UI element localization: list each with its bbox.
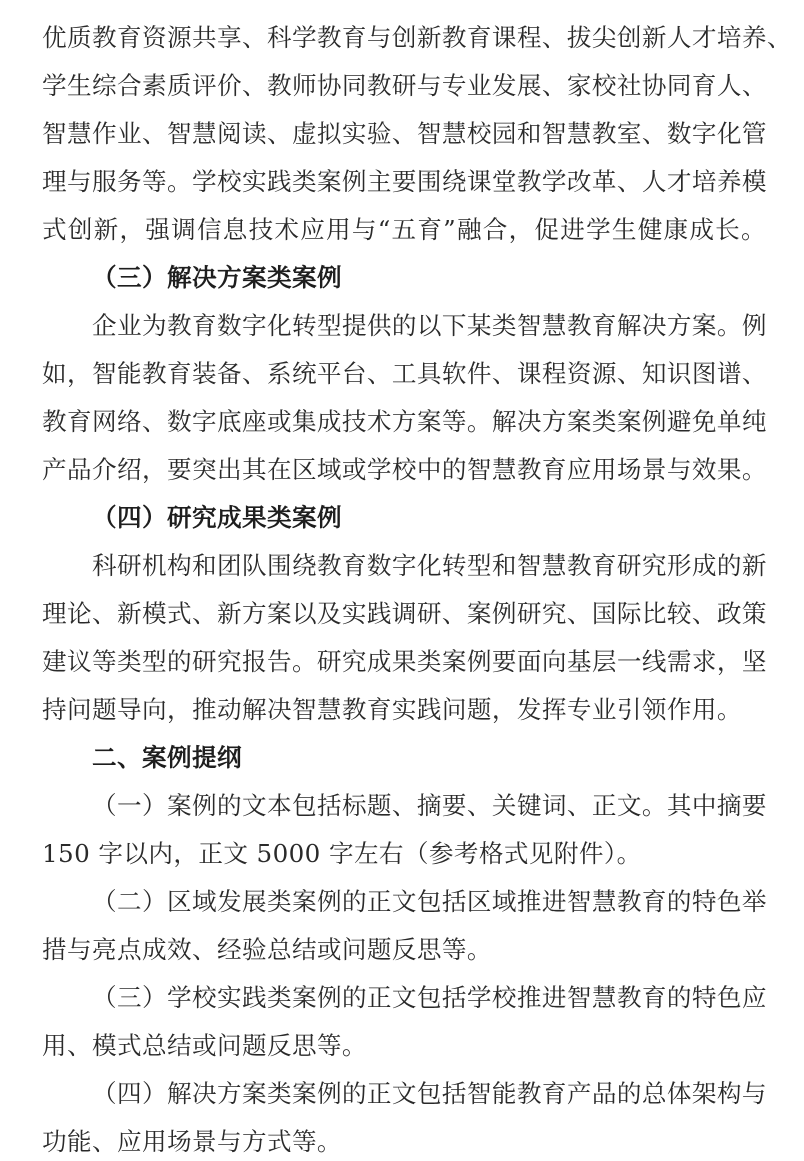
body-text-line: 建议等类型的研究报告。研究成果类案例要面向基层一线需求，坚 <box>42 638 766 686</box>
body-text-line: 教育网络、数字底座或集成技术方案等。解决方案类案例避免单纯 <box>42 398 766 446</box>
body-text-line: 用、模式总结或问题反思等。 <box>42 1022 766 1070</box>
body-text-line: 产品介绍，要突出其在区域或学校中的智慧教育应用场景与效果。 <box>42 446 766 494</box>
body-text-line: 理与服务等。学校实践类案例主要围绕课堂教学改革、人才培养模 <box>42 158 766 206</box>
body-text-line: 理论、新模式、新方案以及实践调研、案例研究、国际比较、政策 <box>42 590 766 638</box>
section-heading-case-outline: 二、案例提纲 <box>42 734 766 782</box>
outline-item-4: （四）解决方案类案例的正文包括智能教育产品的总体架构与 <box>42 1070 766 1118</box>
body-text-line: 功能、应用场景与方式等。 <box>42 1118 766 1161</box>
body-text-line: 150 字以内，正文 5000 字左右（参考格式见附件）。 <box>42 830 766 878</box>
document-page: 优质教育资源共享、科学教育与创新教育课程、拔尖创新人才培养、 学生综合素质评价、… <box>42 14 766 1161</box>
body-text-line: 科研机构和团队围绕教育数字化转型和智慧教育研究形成的新 <box>42 542 766 590</box>
body-text-line: 如，智能教育装备、系统平台、工具软件、课程资源、知识图谱、 <box>42 350 766 398</box>
body-text-line: 持问题导向，推动解决智慧教育实践问题，发挥专业引领作用。 <box>42 686 766 734</box>
body-text-line: 学生综合素质评价、教师协同教研与专业发展、家校社协同育人、 <box>42 62 766 110</box>
section-heading-research-cases: （四）研究成果类案例 <box>42 494 766 542</box>
body-text-line: 优质教育资源共享、科学教育与创新教育课程、拔尖创新人才培养、 <box>42 14 766 62</box>
body-text-line: 智慧作业、智慧阅读、虚拟实验、智慧校园和智慧教室、数字化管 <box>42 110 766 158</box>
body-text-line: 措与亮点成效、经验总结或问题反思等。 <box>42 926 766 974</box>
outline-item-2: （二）区域发展类案例的正文包括区域推进智慧教育的特色举 <box>42 878 766 926</box>
body-text-line: 式创新，强调信息技术应用与“五育”融合，促进学生健康成长。 <box>42 206 766 254</box>
outline-item-1: （一）案例的文本包括标题、摘要、关键词、正文。其中摘要 <box>42 782 766 830</box>
section-heading-solution-cases: （三）解决方案类案例 <box>42 254 766 302</box>
body-text-line: 企业为教育数字化转型提供的以下某类智慧教育解决方案。例 <box>42 302 766 350</box>
outline-item-3: （三）学校实践类案例的正文包括学校推进智慧教育的特色应 <box>42 974 766 1022</box>
